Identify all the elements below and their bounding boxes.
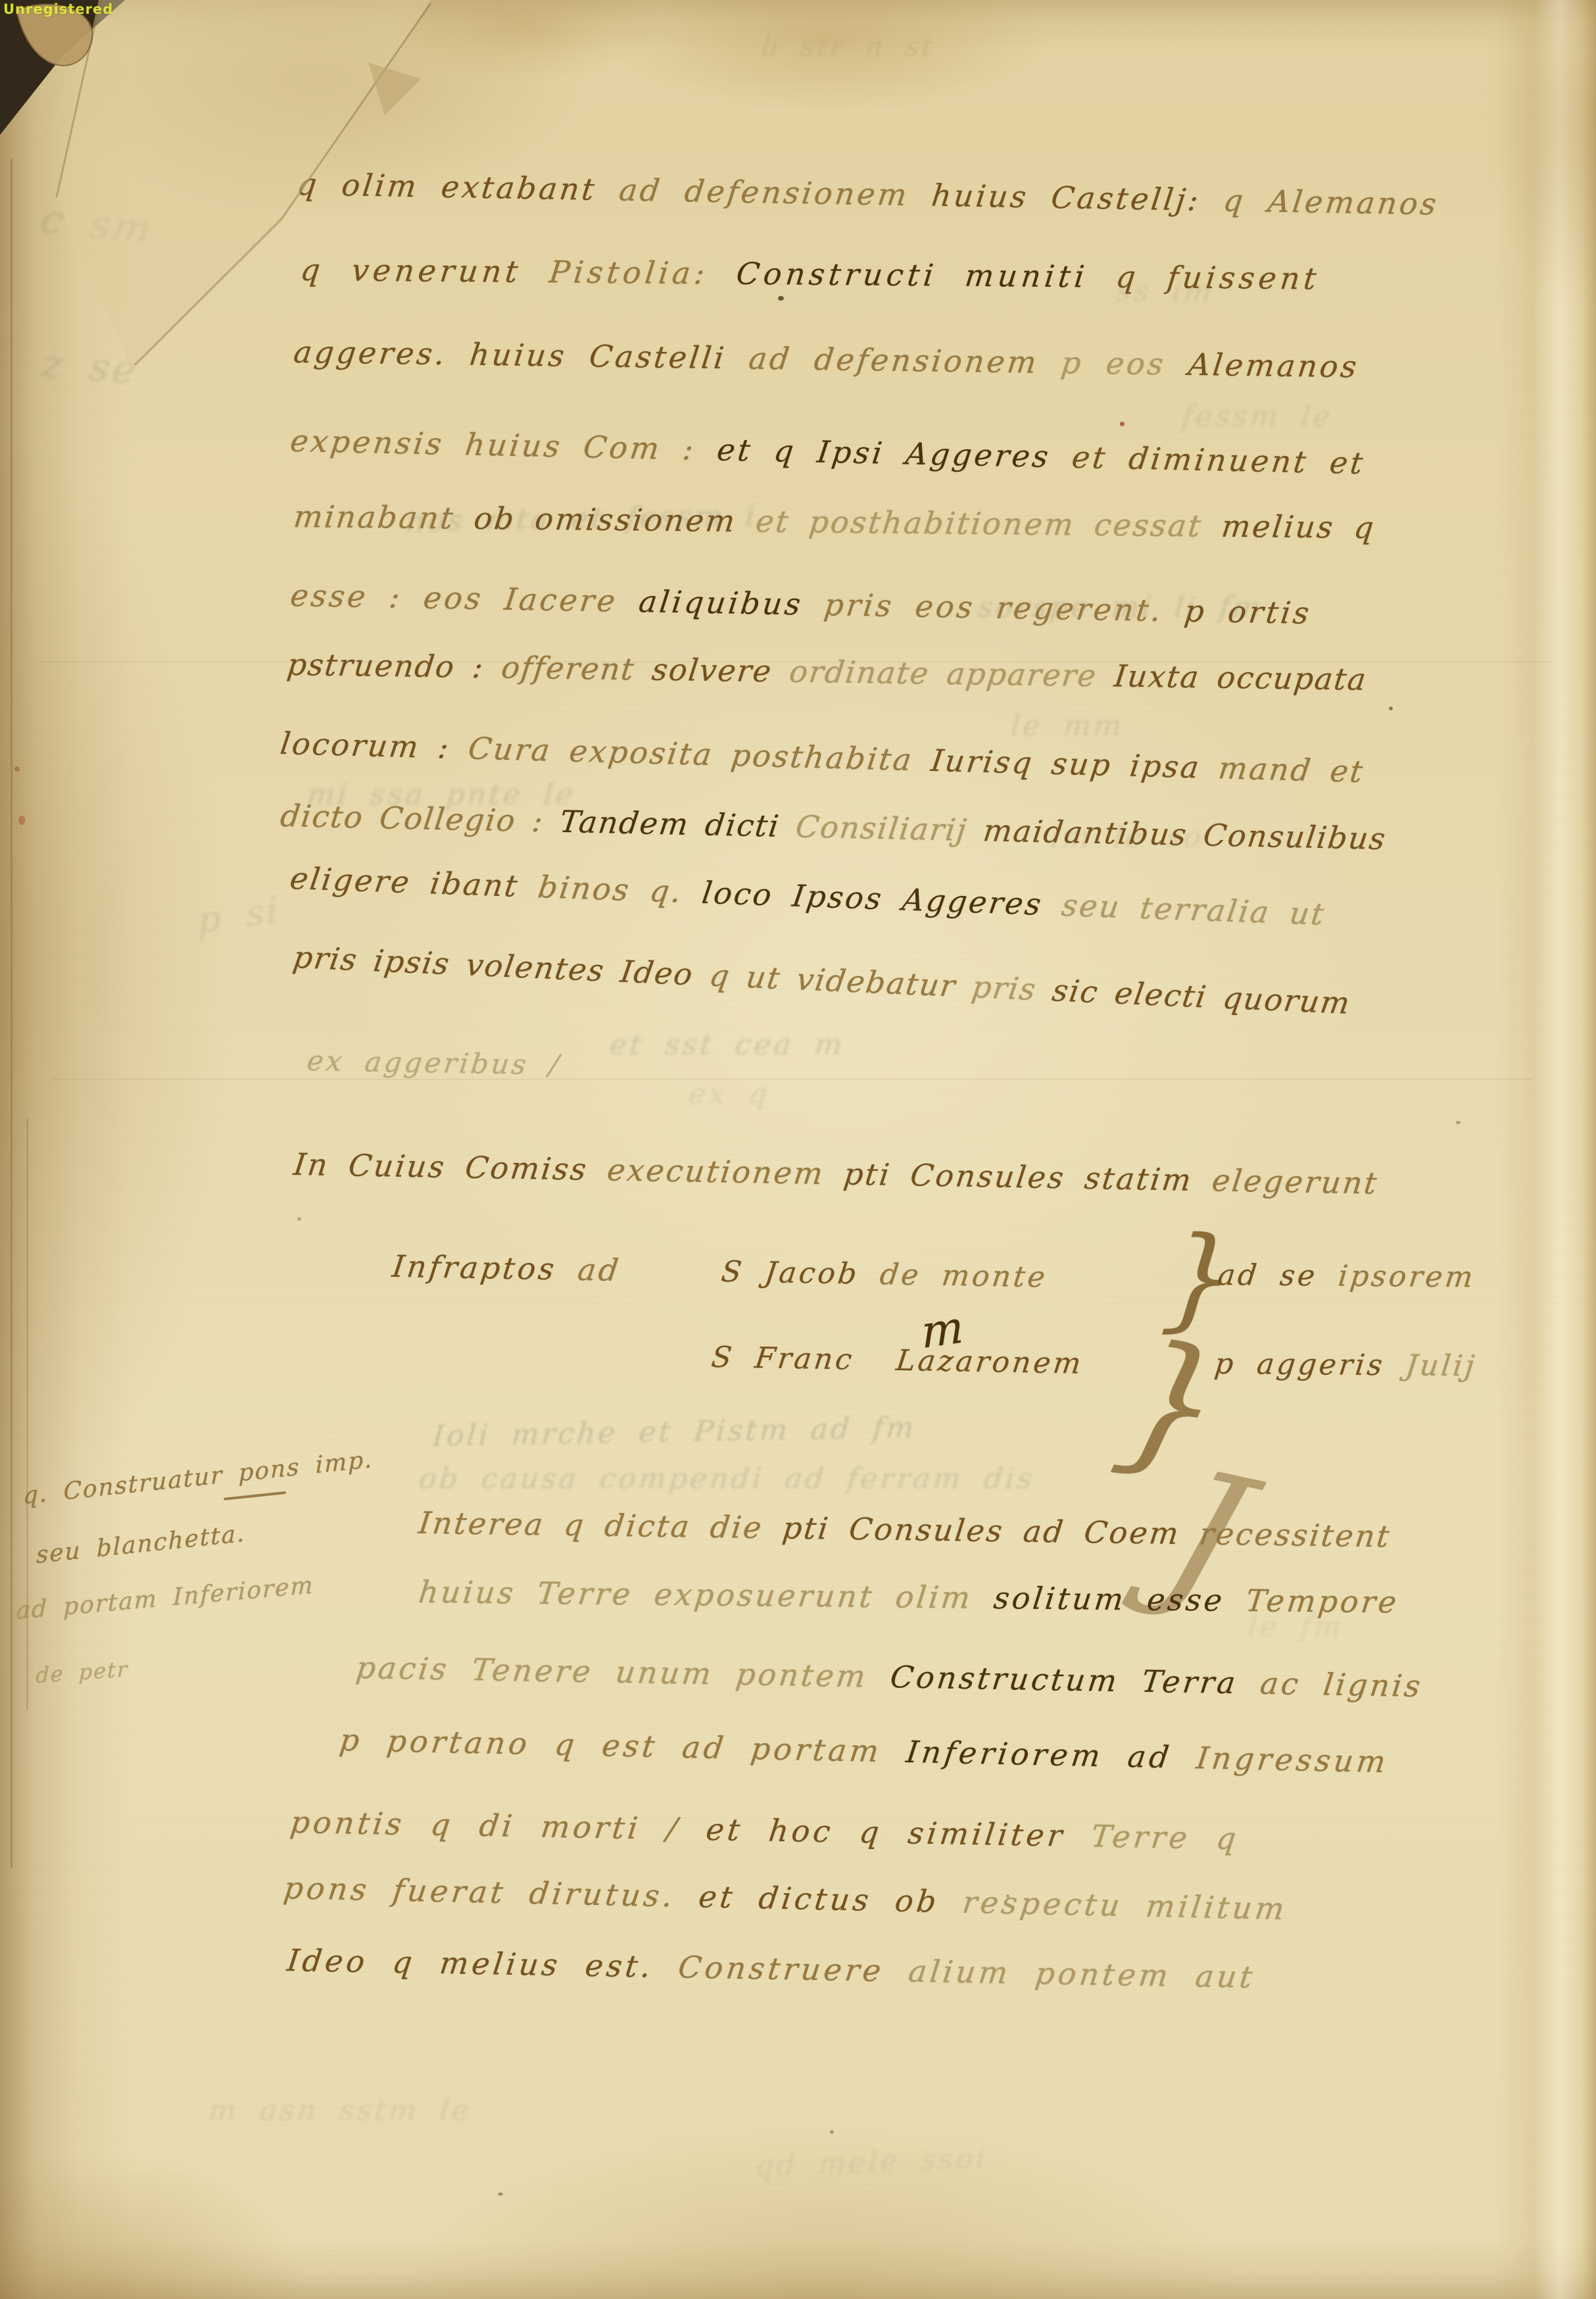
ink-speck [778, 296, 784, 301]
ink-speck [498, 2192, 503, 2196]
ink-speck [830, 2130, 834, 2134]
crease-line [26, 1118, 28, 1710]
ink-speck [1006, 1894, 1009, 1898]
ink-speck [297, 1217, 301, 1221]
ink-speck [1389, 706, 1393, 710]
folded-paper-flap [56, 0, 431, 368]
scanner-watermark-label: Unregistered [3, 1, 113, 17]
torn-corner [0, 0, 473, 408]
rust-spot [14, 766, 20, 772]
crease-line [39, 661, 1552, 662]
crease-line [53, 1079, 1532, 1080]
crease-line [11, 158, 12, 1868]
rust-spot [18, 816, 25, 825]
ink-speck [1456, 1121, 1461, 1124]
rust-spot [1120, 422, 1124, 426]
manuscript-page: b str n stc smz sep sinos mta et fessm i… [0, 0, 1596, 2299]
fold-v-mark [368, 62, 421, 115]
strike-line [224, 1491, 286, 1500]
